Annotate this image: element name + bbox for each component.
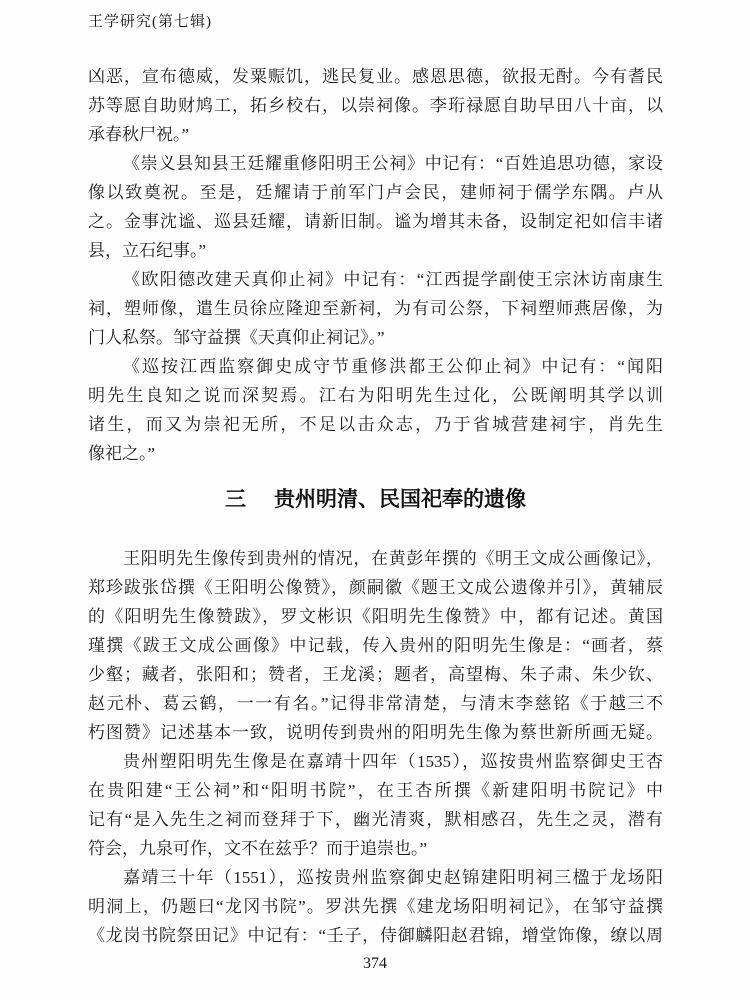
running-header: 王学研究(第七辑): [88, 12, 663, 32]
paragraph: 凶恶，宣布德威，发粟赈饥，逃民复业。感恩思德，欲报无酎。今有耆民苏等愿自助财鸠工…: [88, 62, 663, 149]
document-page: 王学研究(第七辑) 凶恶，宣布德威，发粟赈饥，逃民复业。感恩思德，欲报无酎。今有…: [0, 0, 750, 1000]
paragraph: 嘉靖三十年（1551），巡按贵州监察御史赵锦建阳明祠三楹于龙场阳明洞上，仍题曰“…: [88, 863, 663, 950]
text-line: 凶恶，宣布德威，发粟赈饥，逃民复业。感恩思德，欲报无酎。今有耆民: [88, 62, 663, 91]
section-number: 三: [225, 487, 246, 511]
page-footer: 374: [0, 955, 750, 973]
text-line: 王阳明先生像传到贵州的情况，在黄彭年撰的《明王文成公画像记》，: [88, 544, 663, 573]
text-line: 像祀之。”: [88, 439, 663, 468]
text-line: 《巡按江西监察御史成守节重修洪都王公仰止祠》中记有：“闻阳: [88, 352, 663, 381]
text-line: 郑珍跋张岱撰《王阳明公像赞》，颜嗣徽《题王文成公遗像并引》，黄辅辰: [88, 573, 663, 602]
text-line: 诸生，而又为崇祀无所，不足以击众志，乃于省城营建祠宇，肖先生: [88, 410, 663, 439]
section-heading: 三贵州明清、民国祀奉的遗像: [88, 484, 663, 514]
text-line: 嘉靖三十年（1551），巡按贵州监察御史赵锦建阳明祠三楹于龙场阳: [88, 863, 663, 892]
text-line: 在贵阳建“王公祠”和“阳明书院”，在王杏所撰《新建阳明书院记》中: [88, 776, 663, 805]
text-line: 《欧阳德改建天真仰止祠》中记有：“江西提学副使王宗沐访南康生: [88, 265, 663, 294]
text-line: 记有“是入先生之祠而登拜于下，幽光清爽，默相感召，先生之灵，潜有: [88, 805, 663, 834]
text-line: 明洞上，仍题曰“龙冈书院”。罗洪先撰《建龙场阳明祠记》，在邹守益撰: [88, 892, 663, 921]
paragraph: 《欧阳德改建天真仰止祠》中记有：“江西提学副使王宗沐访南康生祠，塑师像，遣生员徐…: [88, 265, 663, 352]
text-line: 瑾撰《跋王文成公画像》中记载，传入贵州的阳明先生像是：“画者，蔡: [88, 631, 663, 660]
text-line: 符会，九泉可作，文不在兹乎？而于追崇也。”: [88, 834, 663, 863]
text-line: 少壑；藏者，张阳和；赞者，王龙溪；题者，高望梅、朱子肃、朱少钦、: [88, 660, 663, 689]
text-line: 承春秋尸祝。”: [88, 120, 663, 149]
text-line: 《崇义县知县王廷耀重修阳明王公祠》中记有：“百姓追思功德，家设: [88, 149, 663, 178]
section-title: 贵州明清、民国祀奉的遗像: [274, 487, 526, 511]
paragraph: 《崇义县知县王廷耀重修阳明王公祠》中记有：“百姓追思功德，家设像以致奠祝。至是，…: [88, 149, 663, 265]
text-line: 赵元朴、葛云鹤，一一有名。”记得非常清楚，与清末李慈铭《于越三不: [88, 689, 663, 718]
paragraph: 王阳明先生像传到贵州的情况，在黄彭年撰的《明王文成公画像记》，郑珍跋张岱撰《王阳…: [88, 544, 663, 747]
text-line: 祠，塑师像，遣生员徐应隆迎至新祠，为有司公祭，下祠塑师燕居像，为: [88, 294, 663, 323]
text-line: 朽图赞》记述基本一致，说明传到贵州的阳明先生像为蔡世新所画无疑。: [88, 718, 663, 747]
paragraph: 《巡按江西监察御史成守节重修洪都王公仰止祠》中记有：“闻阳明先生良知之说而深契焉…: [88, 352, 663, 468]
text-line: 苏等愿自助财鸠工，拓乡校右，以崇祠像。李珩禄愿自助早田八十亩，以: [88, 91, 663, 120]
text-line: 贵州塑阳明先生像是在嘉靖十四年（1535），巡按贵州监察御史王杏: [88, 747, 663, 776]
text-line: 《龙岗书院祭田记》中记有：“壬子，侍御麟阳赵君锦，增堂饰像，缭以周: [88, 921, 663, 950]
body-text-before-heading: 凶恶，宣布德威，发粟赈饥，逃民复业。感恩思德，欲报无酎。今有耆民苏等愿自助财鸠工…: [88, 62, 663, 468]
text-line: 像以致奠祝。至是，廷耀请于前军门卢会民，建师祠于儒学东隅。卢从: [88, 178, 663, 207]
paragraph: 贵州塑阳明先生像是在嘉靖十四年（1535），巡按贵州监察御史王杏在贵阳建“王公祠…: [88, 747, 663, 863]
text-line: 门人私祭。邹守益撰《天真仰止祠记》。”: [88, 323, 663, 352]
text-line: 的《阳明先生像赞跋》，罗文彬识《阳明先生像赞》中，都有记述。黄国: [88, 602, 663, 631]
page-number: 374: [363, 955, 387, 972]
body-text-after-heading: 王阳明先生像传到贵州的情况，在黄彭年撰的《明王文成公画像记》，郑珍跋张岱撰《王阳…: [88, 544, 663, 950]
journal-title: 王学研究(第七辑): [88, 14, 212, 30]
text-line: 县，立石纪事。”: [88, 236, 663, 265]
text-line: 明先生良知之说而深契焉。江右为阳明先生过化，公既阐明其学以训: [88, 381, 663, 410]
text-line: 之。金事沈谧、巡县廷耀，请新旧制。谧为增其未备，设制定祀如信丰诸: [88, 207, 663, 236]
